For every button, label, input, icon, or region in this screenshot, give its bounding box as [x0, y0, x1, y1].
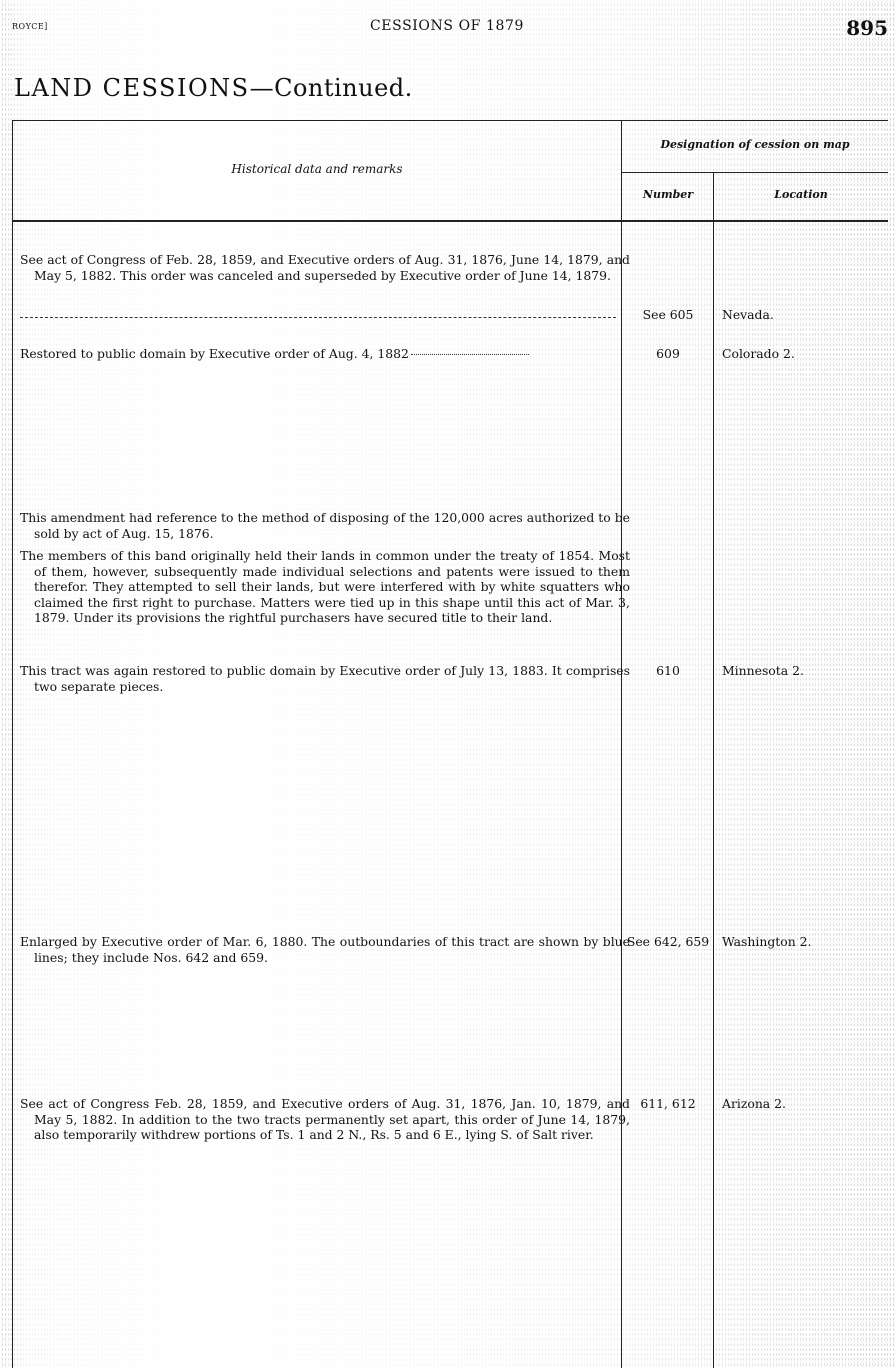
- running-head-author: ROYCE]: [12, 22, 48, 31]
- table-row-remarks: The members of this band originally held…: [20, 548, 630, 626]
- table-row-remarks: See act of Congress of Feb. 28, 1859, an…: [20, 252, 630, 283]
- header-historical-data: Historical data and remarks: [12, 162, 622, 176]
- running-head-title: CESSIONS OF 1879: [370, 18, 524, 34]
- dotted-leader: [411, 354, 529, 355]
- table-row-number: See 605: [622, 307, 714, 323]
- table-row-remarks: Restored to public domain by Executive o…: [20, 346, 630, 362]
- remarks-text: Restored to public domain by Executive o…: [20, 346, 409, 361]
- table-row-number: 610: [622, 663, 714, 679]
- table-row-remarks: This amendment had reference to the meth…: [20, 510, 630, 541]
- table-row-location: Nevada.: [722, 307, 888, 323]
- table-row-number: See 642, 659: [622, 934, 714, 950]
- table-top-rule: [12, 120, 888, 121]
- table-row-remarks: See act of Congress Feb. 28, 1859, and E…: [20, 1096, 630, 1143]
- table-row-location: Minnesota 2.: [722, 663, 888, 679]
- dotted-leader: [20, 317, 616, 318]
- table-row-number: 611, 612: [622, 1096, 714, 1112]
- table-row-location: Washington 2.: [722, 934, 888, 950]
- header-location: Location: [714, 188, 888, 201]
- page-title-suffix: —Continued.: [250, 74, 413, 102]
- table-row-location: Arizona 2.: [722, 1096, 888, 1112]
- header-number: Number: [622, 188, 714, 201]
- header-bottom-rule: [12, 220, 888, 222]
- table-left-rule: [12, 120, 13, 1368]
- page-title: LAND CESSIONS—Continued.: [14, 74, 413, 102]
- page-title-main: LAND CESSIONS: [14, 74, 250, 102]
- designation-subheader-rule: [622, 172, 888, 173]
- header-designation: Designation of cession on map: [622, 138, 888, 151]
- table-row-location: Colorado 2.: [722, 346, 888, 362]
- running-head: ROYCE] CESSIONS OF 1879 895: [0, 18, 896, 38]
- page-number: 895: [846, 16, 888, 40]
- cessions-table: Historical data and remarks Designation …: [12, 120, 888, 1368]
- table-row-remarks: This tract was again restored to public …: [20, 663, 630, 694]
- table-row-remarks: Enlarged by Executive order of Mar. 6, 1…: [20, 934, 630, 965]
- table-row-number: 609: [622, 346, 714, 362]
